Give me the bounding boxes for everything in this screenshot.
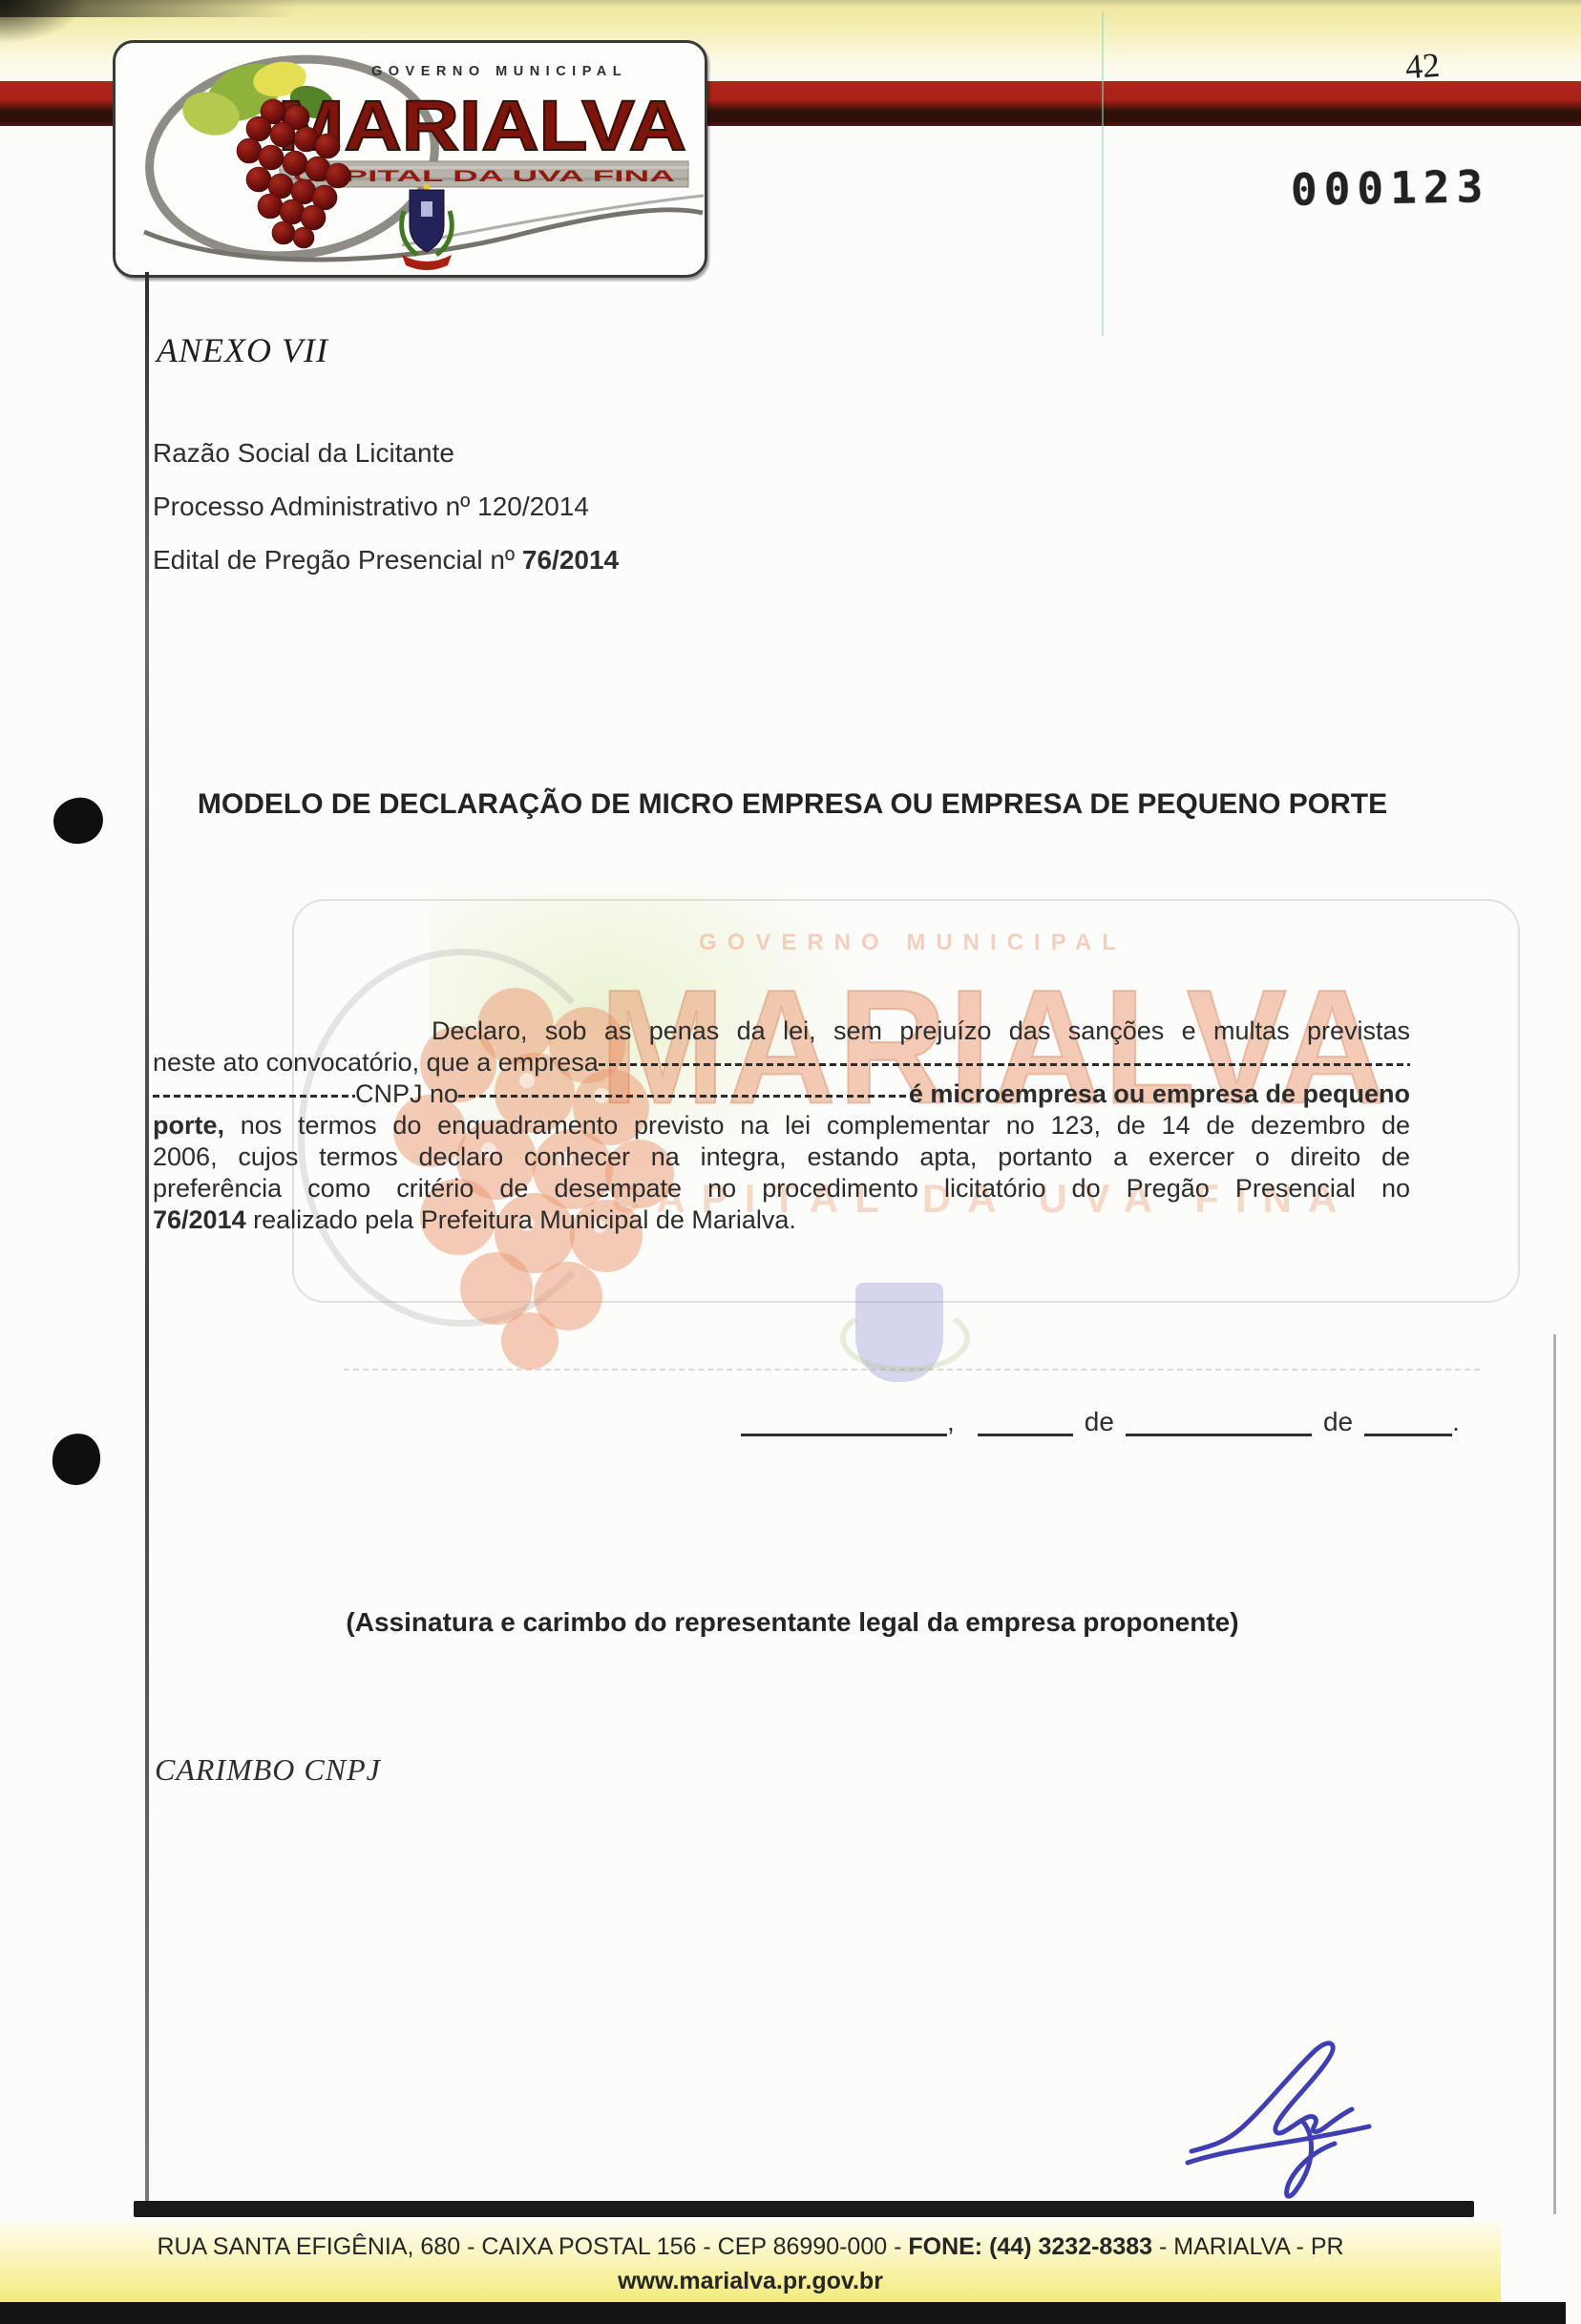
page-left-rule xyxy=(145,272,149,2212)
body-line-4: porte, nos termos do enquadramento previ… xyxy=(153,1110,1410,1141)
dash-fill xyxy=(458,1095,909,1098)
body-line-3: CNPJ no é microempresa ou empresa de peq… xyxy=(153,1078,1410,1110)
body-line-6: preferência como critério de desempate n… xyxy=(153,1173,1410,1204)
marialva-logo-graphic: GOVERNO MUNICIPAL MARIALVA CAPITAL DA UV… xyxy=(116,43,705,275)
edital-prefix: Edital de Pregão Presencial nº xyxy=(153,545,522,575)
carimbo-cnpj-label: CARIMBO CNPJ xyxy=(155,1752,381,1788)
anexo-heading: ANEXO VII xyxy=(157,330,328,370)
watermark-coat-of-arms xyxy=(855,1283,943,1382)
coat-of-arms-icon xyxy=(402,184,453,271)
bottom-black-bar xyxy=(0,2302,1566,2324)
month-blank xyxy=(1126,1405,1312,1436)
watermark-swoosh-line xyxy=(344,1369,1480,1371)
punch-hole-bottom xyxy=(50,1432,102,1488)
stamped-folio-number: 000123 xyxy=(1291,160,1490,216)
edital-number: 76/2014 xyxy=(522,545,619,575)
year-blank xyxy=(1364,1405,1452,1436)
declaration-paragraph: Declaro, sob as penas da lei, sem prejuí… xyxy=(153,1015,1410,1236)
footer-phone: FONE: (44) 3232-8383 xyxy=(908,2233,1152,2260)
marialva-logo: GOVERNO MUNICIPAL MARIALVA CAPITAL DA UV… xyxy=(113,40,707,278)
body-line-1: Declaro, sob as penas da lei, sem prejuí… xyxy=(153,1015,1410,1047)
scanned-document-page: 42 000123 GOVERN xyxy=(0,0,1581,2324)
processo-line: Processo Administrativo nº 120/2014 xyxy=(153,492,1012,522)
body-line-7: 76/2014 realizado pela Prefeitura Munici… xyxy=(153,1204,1410,1236)
edital-line: Edital de Pregão Presencial nº 76/2014 xyxy=(153,545,1012,576)
footer-address: RUA SANTA EFIGÊNIA, 680 - CAIXA POSTAL 1… xyxy=(0,2233,1501,2261)
pen-signature xyxy=(1180,2029,1388,2209)
signature-caption: (Assinatura e carimbo do representante l… xyxy=(143,1607,1442,1638)
handwritten-page-number: 42 xyxy=(1404,45,1442,87)
razao-social-line: Razão Social da Licitante xyxy=(153,438,1012,469)
page-right-edge-shadow xyxy=(1553,1334,1556,2214)
scan-fold-artifact xyxy=(1102,11,1104,336)
page-bottom-rule xyxy=(134,2201,1474,2217)
day-blank xyxy=(978,1405,1073,1436)
footer-band: RUA SANTA EFIGÊNIA, 680 - CAIXA POSTAL 1… xyxy=(0,2222,1501,2303)
watermark-gov-label: GOVERNO MUNICIPAL xyxy=(699,930,1127,956)
footer-website: www.marialva.pr.gov.br xyxy=(0,2268,1501,2295)
body-line-5: 2006, cujos termos declaro conhecer na i… xyxy=(153,1141,1410,1173)
dash-fill xyxy=(153,1095,355,1098)
logo-city-name: MARIALVA xyxy=(278,86,686,165)
punch-hole-top xyxy=(51,795,106,848)
document-title: MODELO DE DECLARAÇÃO DE MICRO EMPRESA OU… xyxy=(143,788,1442,821)
top-left-corner-shadow xyxy=(0,0,86,44)
body-line-2: neste ato convocatório, que a empresa xyxy=(153,1047,1410,1078)
city-blank xyxy=(741,1405,947,1436)
date-fill-in-line: , de de . xyxy=(741,1405,1477,1436)
dash-fill xyxy=(599,1063,1410,1066)
logo-gov-label: GOVERNO MUNICIPAL xyxy=(371,64,627,79)
